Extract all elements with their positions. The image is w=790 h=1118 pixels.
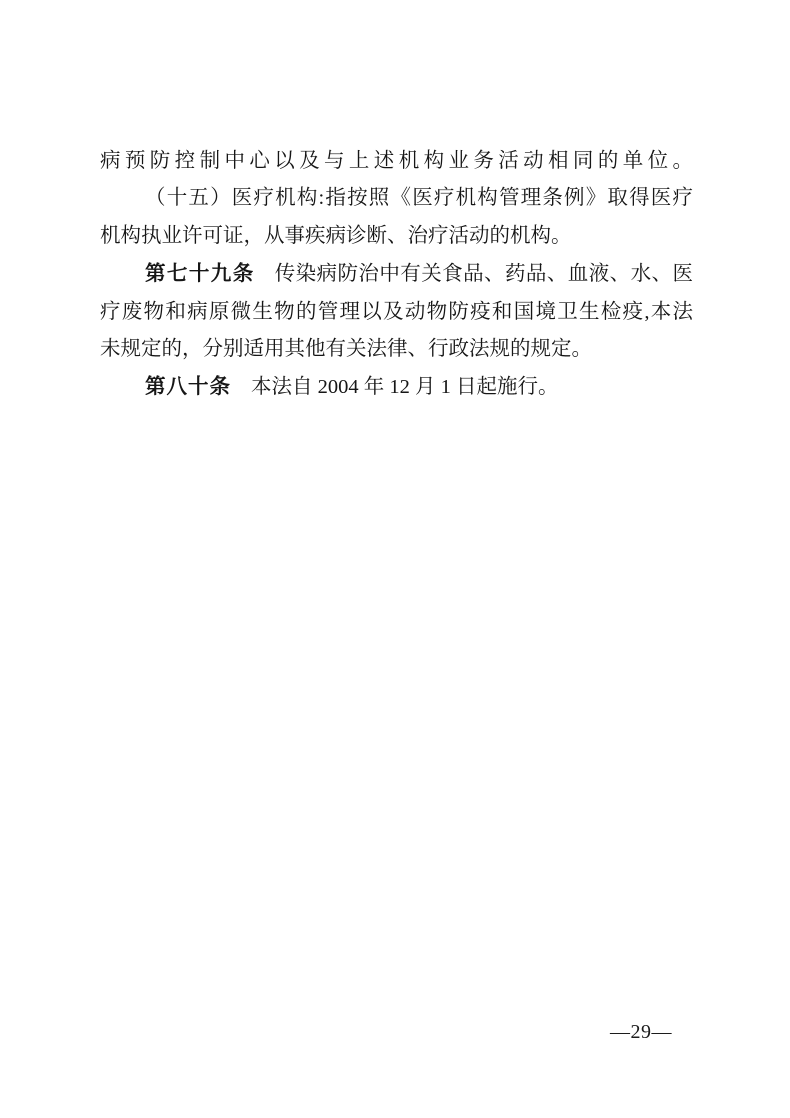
paragraph-line: （十五）医疗机构:指按照《医疗机构管理条例》取得医疗 [100,180,693,217]
line-text: 未规定的，分别适用其他有关法律、行政法规的规定。 [100,338,592,360]
paragraph-line: 疗废物和病原微生物的管理以及动物防疫和国境卫生检疫,本法 [100,294,693,331]
article-number: 第八十条 [145,375,231,398]
line-text: （十五）医疗机构:指按照《医疗机构管理条例》取得医疗 [145,187,693,209]
page-number: —29— [610,1019,672,1045]
paragraph-line: 未规定的，分别适用其他有关法律、行政法规的规定。 [100,331,693,368]
line-text: 本法自 2004 年 12 月 1 日起施行。 [251,376,559,398]
line-text: 病预防控制中心以及与上述机构业务活动相同的单位。 [100,150,693,172]
article-number: 第七十九条 [145,262,255,285]
line-text: 机构执业许可证，从事疾病诊断、治疗活动的机构。 [100,225,572,247]
text-block: 病预防控制中心以及与上述机构业务活动相同的单位。 （十五）医疗机构:指按照《医疗… [100,143,693,407]
paragraph-line: 病预防控制中心以及与上述机构业务活动相同的单位。 [100,143,693,180]
paragraph-line: 第七十九条传染病防治中有关食品、药品、血液、水、医 [100,255,693,293]
paragraph-line: 机构执业许可证，从事疾病诊断、治疗活动的机构。 [100,218,693,255]
document-page: 病预防控制中心以及与上述机构业务活动相同的单位。 （十五）医疗机构:指按照《医疗… [0,0,790,1118]
paragraph-line: 第八十条本法自 2004 年 12 月 1 日起施行。 [100,368,693,406]
line-text: 传染病防治中有关食品、药品、血液、水、医 [275,263,693,285]
line-text: 疗废物和病原微生物的管理以及动物防疫和国境卫生检疫,本法 [100,301,693,323]
